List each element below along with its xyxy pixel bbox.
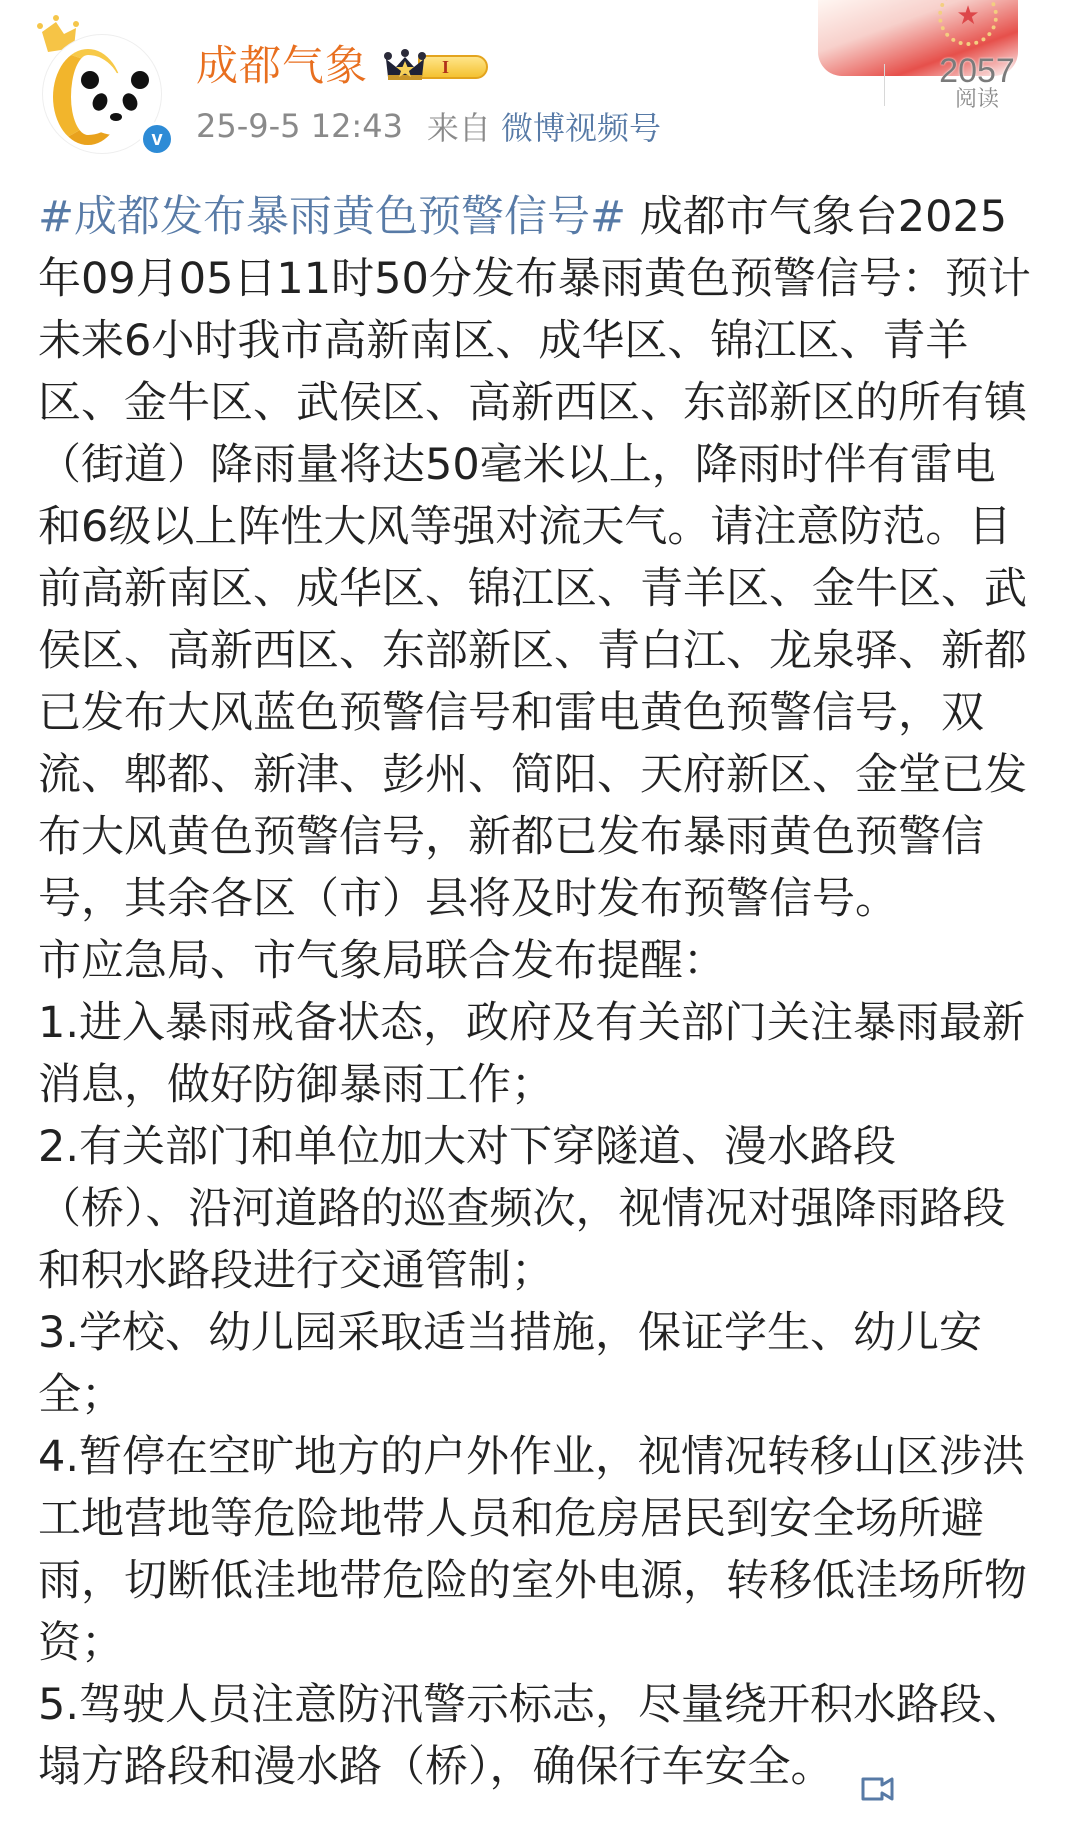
- paragraph-text: 成都市气象台2025年09月05日11时50分发布暴雨黄色预警信号：预计未来6小…: [38, 192, 1031, 924]
- list-item: 1.进入暴雨戒备状态，政府及有关部门关注暴雨最新消息，做好防御暴雨工作；: [38, 992, 1038, 1116]
- post-header: v 成都气象 I 25-9-5 12:43 来自 微博视频号: [0, 0, 1080, 170]
- name-row: 成都气象 I: [196, 38, 498, 94]
- avatar[interactable]: v: [34, 14, 174, 154]
- from-label: 来自: [427, 103, 491, 149]
- list-item-last: 5.驾驶人员注意防汛警示标志，尽量绕开积水路段、塌方路段和漫水路（桥），确保行车…: [38, 1674, 1038, 1798]
- video-camera-icon[interactable]: [860, 1757, 896, 1783]
- panda-icon: [81, 73, 149, 135]
- star-emblem-icon: ★: [938, 0, 998, 46]
- hashtag-link[interactable]: #成都发布暴雨黄色预警信号#: [38, 192, 626, 242]
- list-item: 2.有关部门和单位加大对下穿隧道、漫水路段（桥）、沿河道路的巡查频次，视情况对强…: [38, 1116, 1038, 1302]
- list-item: 3.学校、幼儿园采取适当措施，保证学生、幼儿安全；: [38, 1302, 1038, 1426]
- divider: [884, 64, 885, 106]
- crown-level-icon: [382, 49, 428, 83]
- post-timestamp: 25-9-5 12:43: [196, 107, 403, 145]
- read-count-card: ★ 2057 阅读: [818, 0, 1040, 110]
- read-label: 阅读: [922, 88, 1032, 112]
- post-paragraph: #成都发布暴雨黄色预警信号# 成都市气象台2025年09月05日11时50分发布…: [38, 186, 1038, 930]
- notice-heading: 市应急局、市气象局联合发布提醒：: [38, 930, 1038, 992]
- weibo-post: v 成都气象 I 25-9-5 12:43 来自 微博视频号: [0, 0, 1080, 1836]
- source-link[interactable]: 微博视频号: [501, 103, 661, 149]
- verified-v-icon: v: [140, 122, 174, 156]
- username[interactable]: 成都气象: [196, 38, 368, 94]
- list-item: 4.暂停在空旷地方的户外作业，视情况转移山区涉洪工地营地等危险地带人员和危房居民…: [38, 1426, 1038, 1674]
- level-badge-label: I: [418, 55, 488, 79]
- level-badge[interactable]: I: [382, 49, 498, 83]
- post-meta: 25-9-5 12:43 来自 微博视频号: [196, 104, 661, 148]
- post-body: #成都发布暴雨黄色预警信号# 成都市气象台2025年09月05日11时50分发布…: [38, 186, 1038, 1798]
- read-count: 2057: [922, 54, 1032, 88]
